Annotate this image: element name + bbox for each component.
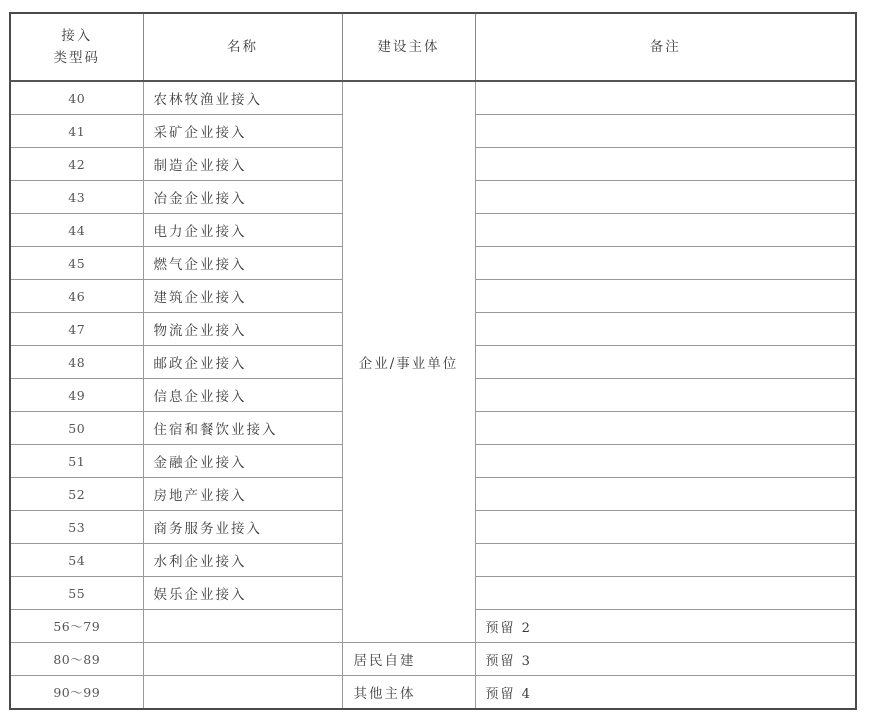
name-cell: 邮政企业接入 — [143, 346, 342, 379]
code-cell: 45 — [10, 247, 143, 280]
note-cell — [475, 280, 856, 313]
name-cell: 冶金企业接入 — [143, 181, 342, 214]
note-cell — [475, 214, 856, 247]
note-cell — [475, 478, 856, 511]
code-cell: 56～79 — [10, 610, 143, 643]
code-cell: 49 — [10, 379, 143, 412]
name-cell — [143, 643, 342, 676]
access-type-code-table: 接入 类型码 名称 建设主体 备注 40 农林牧渔业接入 企业/事业单位 41 … — [9, 12, 857, 710]
code-cell: 40 — [10, 81, 143, 115]
note-cell — [475, 445, 856, 478]
code-cell: 90～99 — [10, 676, 143, 710]
code-cell: 46 — [10, 280, 143, 313]
header-note: 备注 — [475, 13, 856, 81]
note-cell: 预留 3 — [475, 643, 856, 676]
note-cell — [475, 148, 856, 181]
name-cell — [143, 676, 342, 710]
code-cell: 55 — [10, 577, 143, 610]
name-cell: 商务服务业接入 — [143, 511, 342, 544]
name-cell: 住宿和餐饮业接入 — [143, 412, 342, 445]
name-cell: 采矿企业接入 — [143, 115, 342, 148]
note-cell — [475, 81, 856, 115]
code-cell: 54 — [10, 544, 143, 577]
name-cell: 娱乐企业接入 — [143, 577, 342, 610]
name-cell: 水利企业接入 — [143, 544, 342, 577]
code-cell: 47 — [10, 313, 143, 346]
note-cell — [475, 115, 856, 148]
code-cell: 48 — [10, 346, 143, 379]
code-cell: 43 — [10, 181, 143, 214]
code-cell: 42 — [10, 148, 143, 181]
name-cell: 制造企业接入 — [143, 148, 342, 181]
table-header-row: 接入 类型码 名称 建设主体 备注 — [10, 13, 856, 81]
name-cell: 金融企业接入 — [143, 445, 342, 478]
header-code-line2: 类型码 — [12, 47, 142, 69]
code-cell: 50 — [10, 412, 143, 445]
owner-cell-merged: 企业/事业单位 — [342, 81, 475, 643]
note-cell — [475, 379, 856, 412]
note-cell — [475, 346, 856, 379]
name-cell: 房地产业接入 — [143, 478, 342, 511]
note-cell: 预留 4 — [475, 676, 856, 710]
note-cell — [475, 511, 856, 544]
code-cell: 52 — [10, 478, 143, 511]
note-cell — [475, 181, 856, 214]
name-cell: 农林牧渔业接入 — [143, 81, 342, 115]
header-code-line1: 接入 — [12, 25, 142, 47]
code-cell: 44 — [10, 214, 143, 247]
name-cell: 燃气企业接入 — [143, 247, 342, 280]
table-row: 90～99 其他主体 预留 4 — [10, 676, 856, 710]
owner-cell: 其他主体 — [342, 676, 475, 710]
name-cell: 建筑企业接入 — [143, 280, 342, 313]
owner-cell: 居民自建 — [342, 643, 475, 676]
note-cell — [475, 247, 856, 280]
note-cell — [475, 313, 856, 346]
table-row: 40 农林牧渔业接入 企业/事业单位 — [10, 81, 856, 115]
note-cell — [475, 577, 856, 610]
name-cell: 信息企业接入 — [143, 379, 342, 412]
name-cell: 电力企业接入 — [143, 214, 342, 247]
header-owner: 建设主体 — [342, 13, 475, 81]
header-access-type-code: 接入 类型码 — [10, 13, 143, 81]
name-cell — [143, 610, 342, 643]
note-cell — [475, 412, 856, 445]
table-row: 80～89 居民自建 预留 3 — [10, 643, 856, 676]
header-name: 名称 — [143, 13, 342, 81]
name-cell: 物流企业接入 — [143, 313, 342, 346]
code-cell: 53 — [10, 511, 143, 544]
code-cell: 80～89 — [10, 643, 143, 676]
code-cell: 41 — [10, 115, 143, 148]
code-cell: 51 — [10, 445, 143, 478]
note-cell: 预留 2 — [475, 610, 856, 643]
note-cell — [475, 544, 856, 577]
